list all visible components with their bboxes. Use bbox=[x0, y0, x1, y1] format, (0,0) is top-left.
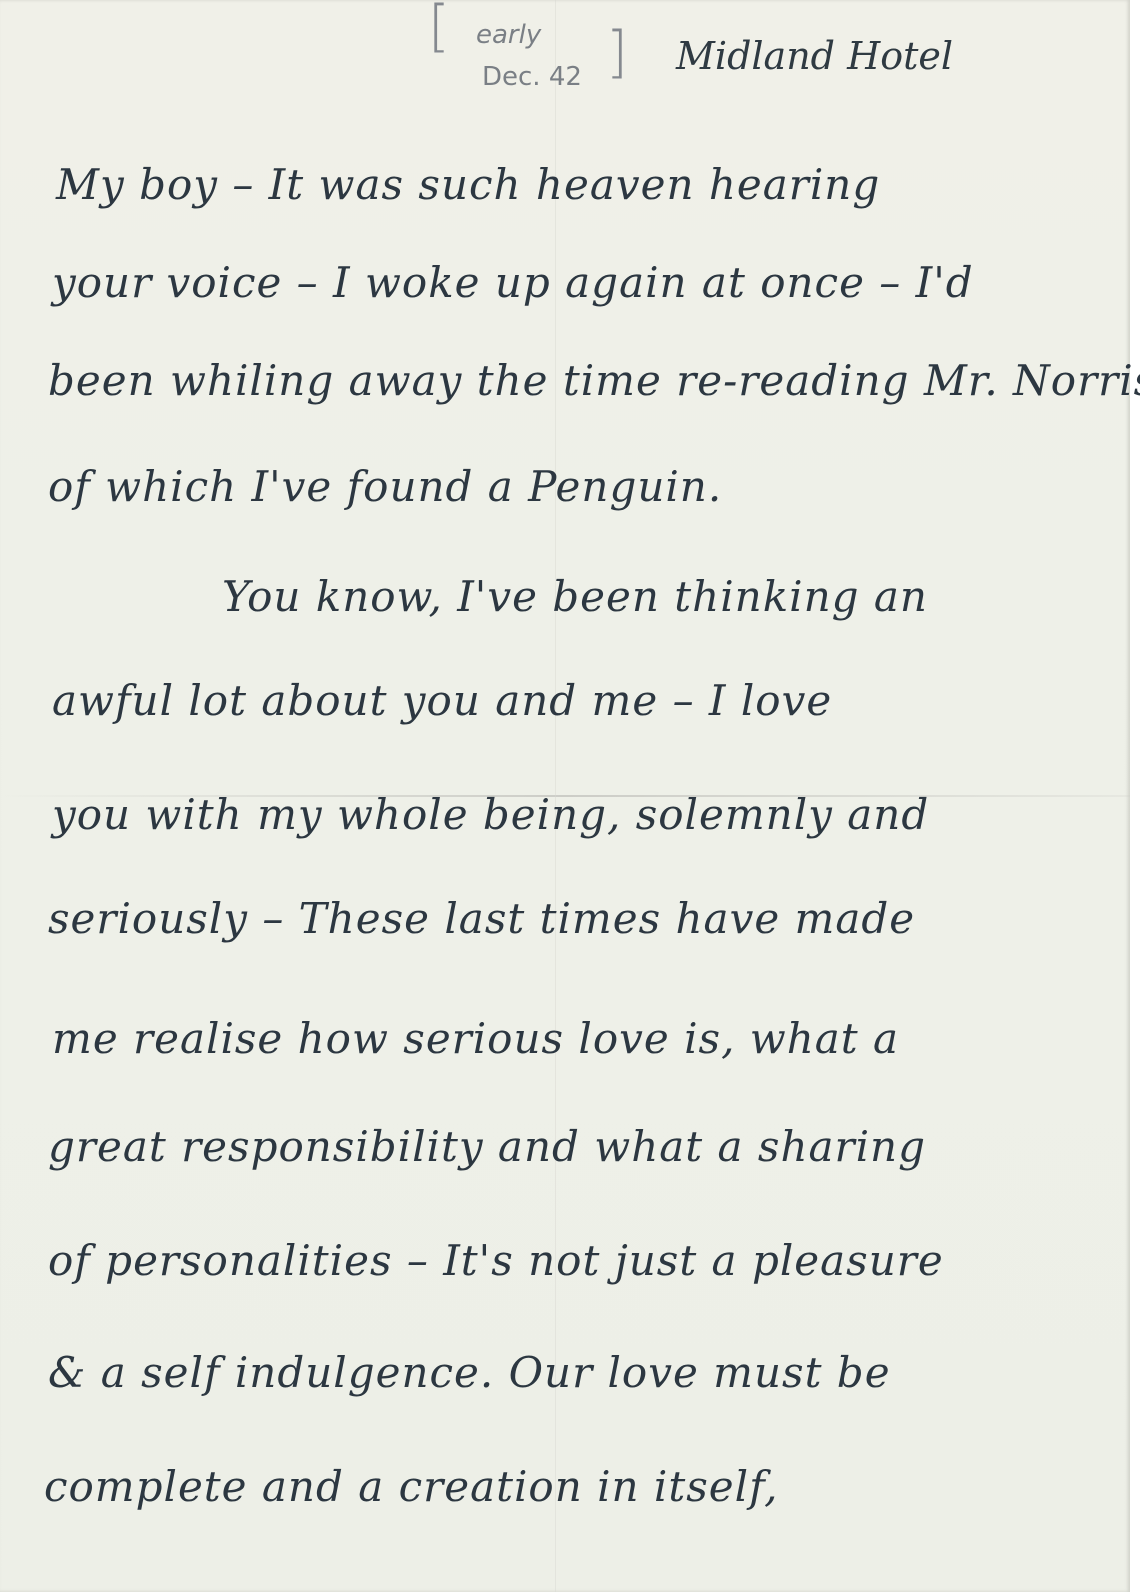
bracket-close: ] bbox=[606, 36, 628, 70]
letter-line-7: you with my whole being, solemnly and bbox=[52, 790, 929, 839]
annotation-line-2: Dec. 42 bbox=[482, 60, 582, 94]
letter-line-10: great responsibility and what a sharing bbox=[48, 1122, 926, 1171]
letter-page: [ early Dec. 42 ] Midland Hotel My boy –… bbox=[0, 0, 1130, 1592]
letter-line-11: of personalities – It's not just a pleas… bbox=[48, 1236, 944, 1285]
letter-line-6: awful lot about you and me – I love bbox=[52, 676, 832, 725]
annotation-line-1: early bbox=[476, 18, 541, 52]
letter-line-12: & a self indulgence. Our love must be bbox=[48, 1348, 891, 1397]
letterhead-address: Midland Hotel bbox=[676, 34, 953, 78]
letter-line-8: seriously – These last times have made bbox=[48, 894, 915, 943]
letter-line-9: me realise how serious love is, what a bbox=[52, 1014, 899, 1063]
letter-line-4: of which I've found a Penguin. bbox=[48, 462, 722, 511]
letter-line-3: been whiling away the time re-reading Mr… bbox=[48, 356, 1140, 405]
letter-line-5: You know, I've been thinking an bbox=[222, 572, 928, 621]
letter-line-2: your voice – I woke up again at once – I… bbox=[52, 258, 974, 307]
bracket-open: [ bbox=[428, 10, 450, 44]
letter-line-13: complete and a creation in itself, bbox=[44, 1462, 779, 1511]
letter-line-1: My boy – It was such heaven hearing bbox=[56, 160, 880, 209]
